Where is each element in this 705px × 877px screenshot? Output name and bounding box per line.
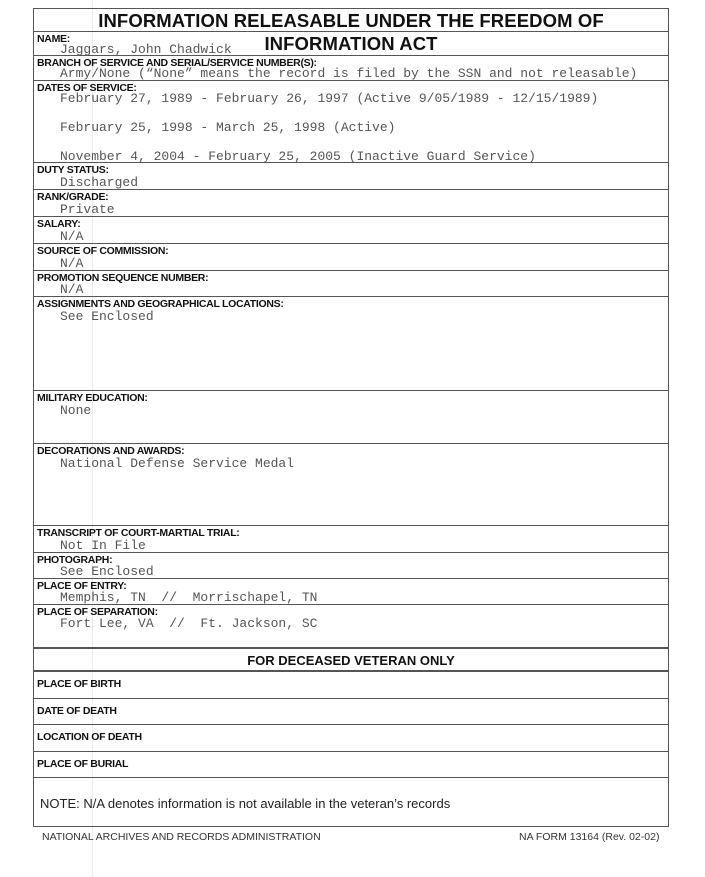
field-label: MILITARY EDUCATION: (37, 392, 148, 404)
field-place-of-burial: PLACE OF BURIAL (34, 752, 668, 778)
field-value: Not In File (60, 539, 146, 553)
field-value: N/A (60, 283, 83, 297)
field-value: Fort Lee, VA // Ft. Jackson, SC (60, 617, 317, 631)
footer-agency: NATIONAL ARCHIVES AND RECORDS ADMINISTRA… (42, 831, 321, 843)
field-label: PLACE OF BURIAL (37, 758, 128, 770)
field-place-of-birth: PLACE OF BIRTH (34, 672, 668, 699)
field-assignments: ASSIGNMENTS AND GEOGRAPHICAL LOCATIONS: … (34, 297, 668, 391)
field-value: Memphis, TN // Morrischapel, TN (60, 591, 317, 605)
field-branch: BRANCH OF SERVICE AND SERIAL/SERVICE NUM… (34, 56, 668, 81)
field-value: Discharged (60, 176, 138, 190)
field-label: LOCATION OF DEATH (37, 731, 142, 743)
field-date-of-death: DATE OF DEATH (34, 699, 668, 725)
note-row: NOTE: N/A denotes information is not ava… (34, 778, 668, 826)
form-title: INFORMATION RELEASABLE UNDER THE FREEDOM… (34, 9, 668, 32)
field-value: November 4, 2004 - February 25, 2005 (In… (60, 150, 536, 164)
field-value: N/A (60, 257, 83, 271)
field-value: None (60, 404, 91, 418)
footer-form-number: NA FORM 13164 (Rev. 02-02) (519, 831, 659, 843)
field-place-of-entry: PLACE OF ENTRY: Memphis, TN // Morrischa… (34, 579, 668, 605)
field-value: Private (60, 203, 115, 217)
field-location-of-death: LOCATION OF DEATH (34, 725, 668, 752)
note-text: NOTE: N/A denotes information is not ava… (40, 796, 450, 811)
field-court-martial: TRANSCRIPT OF COURT-MARTIAL TRIAL: Not I… (34, 526, 668, 553)
field-decorations-awards: DECORATIONS AND AWARDS: National Defense… (34, 444, 668, 526)
field-value: See Enclosed (60, 565, 154, 579)
field-photograph: PHOTOGRAPH: See Enclosed (34, 553, 668, 579)
field-value: See Enclosed (60, 310, 154, 324)
field-duty-status: DUTY STATUS: Discharged (34, 163, 668, 190)
field-value: February 25, 1998 - March 25, 1998 (Acti… (60, 121, 395, 135)
field-rank-grade: RANK/GRADE: Private (34, 190, 668, 217)
field-value: Army/None (“None” means the record is fi… (60, 67, 637, 81)
field-label: SOURCE OF COMMISSION: (37, 245, 168, 257)
field-label: PLACE OF BIRTH (37, 678, 121, 690)
field-military-education: MILITARY EDUCATION: None (34, 391, 668, 444)
field-name: NAME: Jaggars, John Chadwick (34, 32, 668, 56)
field-promotion-sequence: PROMOTION SEQUENCE NUMBER: N/A (34, 271, 668, 297)
field-dates-of-service: DATES OF SERVICE: February 27, 1989 - Fe… (34, 81, 668, 163)
foia-form: INFORMATION RELEASABLE UNDER THE FREEDOM… (33, 8, 669, 827)
field-place-of-separation: PLACE OF SEPARATION: Fort Lee, VA // Ft.… (34, 605, 668, 649)
field-label: DATE OF DEATH (37, 705, 117, 717)
field-salary: SALARY: N/A (34, 217, 668, 244)
field-value: February 27, 1989 - February 26, 1997 (A… (60, 92, 598, 106)
field-source-of-commission: SOURCE OF COMMISSION: N/A (34, 244, 668, 271)
field-value: National Defense Service Medal (60, 457, 294, 471)
field-value: N/A (60, 230, 83, 244)
field-value: Jaggars, John Chadwick (60, 43, 232, 57)
deceased-section-heading: FOR DECEASED VETERAN ONLY (34, 649, 668, 672)
